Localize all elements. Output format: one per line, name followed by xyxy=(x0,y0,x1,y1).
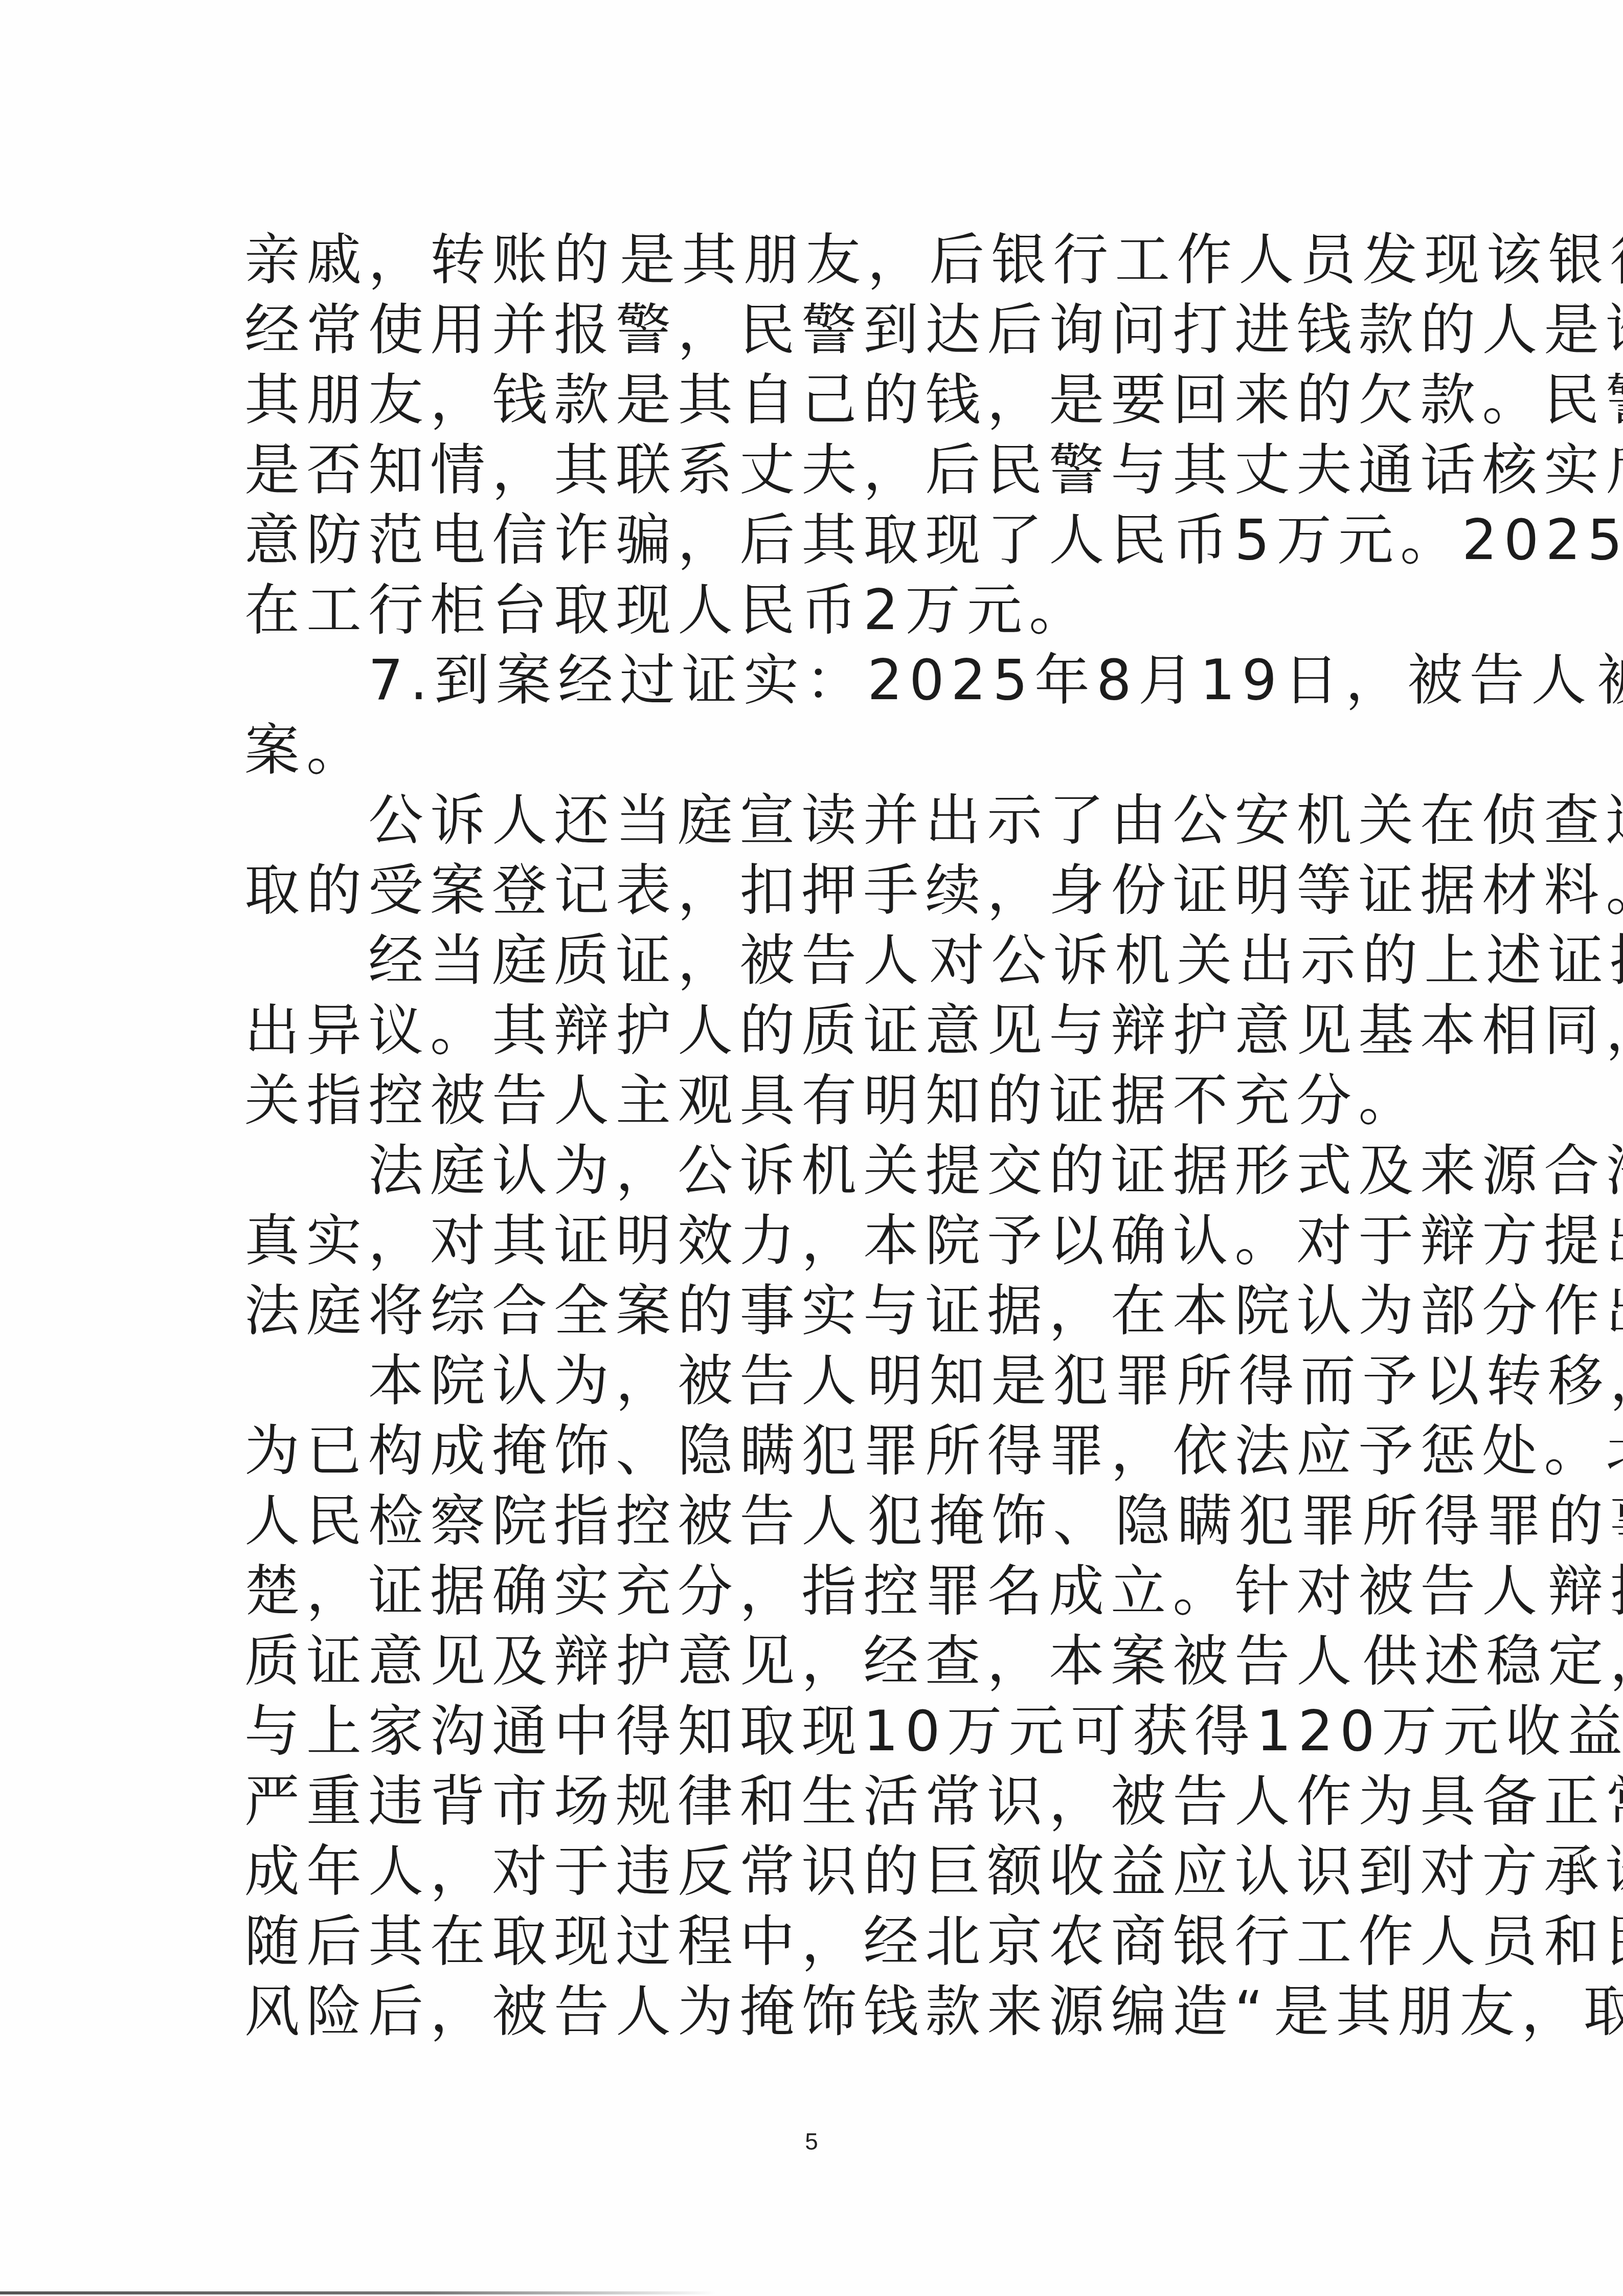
text-char: 朋 xyxy=(743,225,805,295)
text-char: 处 xyxy=(1482,1416,1544,1486)
text-char: 9 xyxy=(1242,645,1284,716)
text-char: 明 xyxy=(1234,856,1296,926)
text-char: 来 xyxy=(1420,1136,1482,1206)
text-char: 庭 xyxy=(492,926,554,996)
text-char: 式 xyxy=(1296,1136,1358,1206)
text-char: ， xyxy=(1610,1626,1623,1697)
text-char: 谁 xyxy=(1606,295,1623,365)
text-char: 机 xyxy=(1115,926,1177,996)
text-char: 到 xyxy=(1358,1837,1420,1907)
text-char: 告 xyxy=(1420,1556,1482,1626)
text-char: 交 xyxy=(987,1136,1049,1206)
text-char: 其 xyxy=(554,435,616,505)
text-char: 其 xyxy=(492,996,554,1066)
text-char: 庭 xyxy=(678,786,739,856)
text-char: 人 xyxy=(1049,505,1111,575)
text-char: 常 xyxy=(925,1767,987,1837)
text-char: 身 xyxy=(1049,856,1111,926)
text-char: 明 xyxy=(616,1206,678,1276)
text-char: 系 xyxy=(678,435,739,505)
text-char: 2 xyxy=(863,575,905,645)
text-char: 话 xyxy=(1420,435,1482,505)
text-char: ： xyxy=(805,645,867,716)
text-char: 真 xyxy=(244,1206,306,1276)
text-char: 本 xyxy=(1420,996,1482,1066)
text-char: 识 xyxy=(801,1837,863,1907)
text-char: 万 xyxy=(947,1697,1009,1767)
text-char: 认 xyxy=(1173,1206,1234,1276)
text-char: ， xyxy=(1345,645,1407,716)
text-char: 益 xyxy=(1111,1837,1173,1907)
text-char: ， xyxy=(739,1556,801,1626)
text-char: 程 xyxy=(678,1907,739,1977)
text-char: 有 xyxy=(801,1066,863,1136)
text-char: 万 xyxy=(1276,505,1338,575)
text-char: 公 xyxy=(991,926,1053,996)
text-char: 取 xyxy=(739,1697,801,1767)
text-char: 察 xyxy=(430,1486,492,1556)
text-char: 形 xyxy=(1234,1136,1296,1206)
text-char: 经 xyxy=(244,295,306,365)
text-char: 质 xyxy=(554,926,616,996)
text-char: 实 xyxy=(554,1556,616,1626)
text-char: 的 xyxy=(987,1066,1049,1136)
text-char: 证 xyxy=(616,926,678,996)
text-char: 人 xyxy=(1296,1626,1358,1697)
text-char: 是 xyxy=(1544,295,1606,365)
text-char: ， xyxy=(368,225,430,295)
text-char: 是 xyxy=(1274,1977,1336,2047)
text-char: 实 xyxy=(1544,435,1606,505)
text-char: 5 xyxy=(1587,505,1623,575)
text-char: 合 xyxy=(492,1276,554,1346)
text-char: 到 xyxy=(863,295,925,365)
text-char: 诺 xyxy=(1606,1837,1623,1907)
text-char: 观 xyxy=(678,1066,739,1136)
text-char: 由 xyxy=(1111,786,1173,856)
text-char: 人 xyxy=(801,1486,863,1556)
text-char: 亲 xyxy=(244,225,306,295)
text-char: ， xyxy=(801,1907,863,1977)
text-char: 合 xyxy=(1544,1136,1606,1206)
text-char: 北 xyxy=(925,1907,987,1977)
text-char: 了 xyxy=(1049,786,1111,856)
text-line: 案。 xyxy=(244,716,1492,786)
text-char: 该 xyxy=(1486,225,1548,295)
text-char: 识 xyxy=(1296,1837,1358,1907)
text-char: 告 xyxy=(1173,1767,1234,1837)
text-char: 证 xyxy=(1111,1136,1173,1206)
text-char: 上 xyxy=(1424,926,1486,996)
text-char: 分 xyxy=(1296,1066,1358,1136)
text-line: 楚，证据确实充分，指控罪名成立。针对被告人辩护人的 xyxy=(244,1556,1492,1626)
text-char: 。 xyxy=(1482,365,1544,435)
text-char: 范 xyxy=(368,505,430,575)
text-char: 机 xyxy=(801,1136,863,1206)
text-char: 同 xyxy=(1544,996,1606,1066)
text-char: 综 xyxy=(430,1276,492,1346)
text-char: 年 xyxy=(1034,645,1096,716)
text-char: 罪 xyxy=(863,1416,925,1486)
text-char: 院 xyxy=(925,1206,987,1276)
text-char: 钱 xyxy=(925,365,987,435)
text-char: ， xyxy=(1111,1416,1173,1486)
text-char: 行 xyxy=(368,575,430,645)
text-char: 民 xyxy=(739,295,801,365)
text-char: 确 xyxy=(1111,1206,1173,1276)
text-char: 示 xyxy=(987,786,1049,856)
text-char: 在 xyxy=(430,1907,492,1977)
text-char: 元 xyxy=(967,575,1029,645)
text-line: 本院认为，被告人明知是犯罪所得而予以转移，其行 xyxy=(244,1346,1492,1416)
text-char: 案 xyxy=(496,645,558,716)
text-char: 相 xyxy=(1482,996,1544,1066)
text-char: ， xyxy=(987,856,1049,926)
text-char: 读 xyxy=(801,786,863,856)
text-char: ， xyxy=(368,1206,430,1276)
text-char: 月 xyxy=(1138,645,1200,716)
text-char: 市 xyxy=(492,1767,554,1837)
text-char: 询 xyxy=(1049,295,1111,365)
text-char: 益 xyxy=(1567,1697,1623,1767)
text-char: 告 xyxy=(739,1486,801,1556)
text-char: 。 xyxy=(1029,575,1091,645)
text-char: 所 xyxy=(925,1416,987,1486)
text-char: 北 xyxy=(1606,1416,1623,1486)
text-char: 出 xyxy=(1238,926,1300,996)
text-char: 承 xyxy=(1544,1837,1606,1907)
text-char: 关 xyxy=(1358,786,1420,856)
text-char: 问 xyxy=(1111,295,1173,365)
text-char: 工 xyxy=(1296,1907,1358,1977)
text-char: 惩 xyxy=(1420,1416,1482,1486)
text-char: 源 xyxy=(1482,1136,1544,1206)
text-char: 辩 xyxy=(1548,1556,1610,1626)
text-char: 得 xyxy=(987,1416,1049,1486)
text-char: 随 xyxy=(244,1907,306,1977)
text-char: 夫 xyxy=(801,435,863,505)
text-char: 议 xyxy=(368,996,430,1066)
text-char: 当 xyxy=(430,926,492,996)
text-char: 朋 xyxy=(1397,1977,1459,2047)
text-char: 辩 xyxy=(1420,1206,1482,1276)
text-char: 提 xyxy=(925,1136,987,1206)
text-char: 分 xyxy=(1482,1276,1544,1346)
document-page: 亲戚，转账的是其朋友，后银行工作人员发现该银行卡未经常使用并报警，民警到达后询问… xyxy=(0,0,1623,2296)
text-char: 款 xyxy=(925,1977,987,2047)
text-char: 成 xyxy=(244,1837,306,1907)
text-line: 亲戚，转账的是其朋友，后银行工作人员发现该银行卡未 xyxy=(244,225,1492,295)
text-char: 核 xyxy=(1482,435,1544,505)
text-char: 对 xyxy=(1296,1556,1358,1626)
text-char: 丈 xyxy=(739,435,801,505)
text-char: 币 xyxy=(1173,505,1234,575)
text-char: 本 xyxy=(863,1206,925,1276)
text-char: 所 xyxy=(1177,1346,1238,1416)
text-char: 2 xyxy=(1298,1697,1340,1767)
text-char: 告 xyxy=(554,1977,616,2047)
text-char: 友 xyxy=(1459,1977,1521,2047)
text-char: 登 xyxy=(492,856,554,926)
text-char: 证 xyxy=(306,1626,368,1697)
text-char: 效 xyxy=(678,1206,739,1276)
text-line: 意防范电信诈骗，后其取现了人民币5万元。2025年7月13日其 xyxy=(244,505,1492,575)
text-char: 意 xyxy=(368,1626,430,1697)
text-char: 得 xyxy=(1424,1486,1486,1556)
text-char: 关 xyxy=(244,1066,306,1136)
text-char: 告 xyxy=(801,926,863,996)
text-char: 案 xyxy=(430,856,492,926)
text-char: 民 xyxy=(1606,1907,1623,1977)
text-char: 取 xyxy=(1583,1977,1623,2047)
text-char: 币 xyxy=(801,575,863,645)
text-char: 以 xyxy=(1424,1346,1486,1416)
text-char: 证 xyxy=(368,1556,430,1626)
text-char: 院 xyxy=(492,1486,554,1556)
text-line: 7.到案经过证实：2025年8月19日，被告人被抓获归 xyxy=(244,645,1492,716)
text-char: 述 xyxy=(1424,1626,1486,1697)
text-char: ， xyxy=(1610,1346,1623,1416)
text-char: 依 xyxy=(1173,1416,1234,1486)
text-char: 取 xyxy=(863,505,925,575)
text-char: 告 xyxy=(1234,1626,1296,1697)
text-char: 知 xyxy=(929,1346,991,1416)
text-char: 人 xyxy=(678,996,739,1066)
text-char: 及 xyxy=(492,1626,554,1697)
text-char: 证 xyxy=(1358,856,1420,926)
text-char: 予 xyxy=(1362,1346,1424,1416)
text-line: 人民检察院指控被告人犯掩饰、隐瞒犯罪所得罪的事实清 xyxy=(244,1486,1492,1556)
text-char: 罪 xyxy=(925,1556,987,1626)
text-char: 源 xyxy=(1049,1977,1111,2047)
text-char: 见 xyxy=(430,1626,492,1697)
text-char: 作 xyxy=(1358,1907,1420,1977)
text-char: 和 xyxy=(739,1767,801,1837)
text-line: 成年人，对于违反常识的巨额收益应认识到对方承诺的不合理性； xyxy=(244,1837,1492,1907)
text-char: 。 xyxy=(1358,1066,1420,1136)
text-char: 为 xyxy=(1358,1276,1420,1346)
text-char: 巨 xyxy=(925,1837,987,1907)
text-char: 的 xyxy=(739,996,801,1066)
text-char: 为 xyxy=(554,1136,616,1206)
text-char: 意 xyxy=(678,1626,739,1697)
text-char: 案 xyxy=(1111,1626,1173,1697)
text-line: 在工行柜台取现人民币2万元。 xyxy=(244,575,1492,645)
text-char: 1 xyxy=(863,1697,905,1767)
text-char: 行 xyxy=(1610,225,1623,295)
text-char: 材 xyxy=(1482,856,1544,926)
text-char: 其 xyxy=(244,365,306,435)
text-char: 诈 xyxy=(554,505,616,575)
text-char: 其 xyxy=(368,1907,430,1977)
text-char: 控 xyxy=(863,1556,925,1626)
text-char: 具 xyxy=(739,1066,801,1136)
text-char: 钱 xyxy=(492,365,554,435)
text-char: 1 xyxy=(1256,1697,1298,1767)
text-char: 可 xyxy=(1071,1697,1133,1767)
text-char: 法 xyxy=(368,1136,430,1206)
text-line: 真实，对其证明效力，本院予以确认。对于辩方提出的质证意见， xyxy=(244,1206,1492,1276)
text-char: 被 xyxy=(492,1977,554,2047)
text-char: 回 xyxy=(1173,365,1234,435)
text-char: 取 xyxy=(554,575,616,645)
text-char: 报 xyxy=(554,295,616,365)
text-char: 诉 xyxy=(739,1136,801,1206)
text-char: 掩 xyxy=(739,1977,801,2047)
text-char: 辩 xyxy=(554,996,616,1066)
text-line: 风险后，被告人为掩饰钱款来源编造“是其朋友，取现借 xyxy=(244,1977,1492,2047)
text-char: 的 xyxy=(1420,295,1482,365)
text-char: 行 xyxy=(1053,225,1115,295)
text-char: 人 xyxy=(863,926,925,996)
text-char: 中 xyxy=(739,1907,801,1977)
text-char: 罪 xyxy=(1115,1346,1177,1416)
text-char: 电 xyxy=(430,505,492,575)
text-char: 背 xyxy=(430,1767,492,1837)
text-char: 违 xyxy=(368,1767,430,1837)
text-char: 农 xyxy=(1049,1907,1111,1977)
text-char: 予 xyxy=(987,1206,1049,1276)
text-char: 现 xyxy=(1424,225,1486,295)
text-line: 为已构成掩饰、隐瞒犯罪所得罪，依法应予惩处。北京市海淀区 xyxy=(244,1416,1492,1486)
text-char: 护 xyxy=(616,1626,678,1697)
text-line: 严重违背市场规律和生活常识，被告人作为具备正常认知能力的 xyxy=(244,1767,1492,1837)
text-char: 款 xyxy=(554,365,616,435)
text-char: 其 xyxy=(1173,435,1234,505)
text-char: 得 xyxy=(616,1697,678,1767)
text-char: 人 xyxy=(554,1066,616,1136)
text-char: 友 xyxy=(368,365,430,435)
text-char: 控 xyxy=(616,1486,678,1556)
text-char: 证 xyxy=(554,1206,616,1276)
text-char: 分 xyxy=(678,1556,739,1626)
text-char: 被 xyxy=(1358,1556,1420,1626)
text-char: 2 xyxy=(867,645,909,716)
text-char: 到 xyxy=(434,645,496,716)
text-char: 己 xyxy=(801,365,863,435)
text-char: 明 xyxy=(863,1066,925,1136)
text-char: 确 xyxy=(492,1556,554,1626)
text-char: 充 xyxy=(616,1556,678,1626)
text-char: 取 xyxy=(492,1907,554,1977)
text-char: 中 xyxy=(554,1697,616,1767)
text-char: ， xyxy=(1606,996,1623,1066)
text-char: 立 xyxy=(1111,1556,1173,1626)
text-line: 质证意见及辩护意见，经查，本案被告人供述稳定，其在 xyxy=(244,1626,1492,1697)
text-char: 认 xyxy=(1296,1276,1358,1346)
scan-edge-line xyxy=(0,2291,716,2294)
text-char: ， xyxy=(678,926,739,996)
text-char: 被 xyxy=(1173,1626,1234,1697)
text-char: 为 xyxy=(678,1977,739,2047)
text-char: 犯 xyxy=(1238,1486,1300,1556)
text-char: 押 xyxy=(801,856,863,926)
text-char: ， xyxy=(492,435,554,505)
text-char: 意 xyxy=(244,505,306,575)
text-char: 万 xyxy=(1382,1697,1444,1767)
text-char: 获 xyxy=(1133,1697,1194,1767)
text-char: 用 xyxy=(430,295,492,365)
text-char: 得 xyxy=(1194,1697,1256,1767)
text-char: 予 xyxy=(1358,1416,1420,1486)
text-char: 得 xyxy=(1238,1346,1300,1416)
text-char: 台 xyxy=(492,575,554,645)
text-char: 辩 xyxy=(554,1626,616,1697)
text-line: 与上家沟通中得知取现10万元可获得120万元收益，该收益比例 xyxy=(244,1697,1492,1767)
text-char: 8 xyxy=(1096,645,1138,716)
text-char: 银 xyxy=(991,225,1053,295)
text-char: 民 xyxy=(987,435,1049,505)
text-char: 要 xyxy=(1111,365,1173,435)
text-char: 于 xyxy=(554,1837,616,1907)
text-char: 夫 xyxy=(1296,435,1358,505)
text-char: 机 xyxy=(1296,786,1358,856)
text-char: 联 xyxy=(616,435,678,505)
text-char: 常 xyxy=(306,295,368,365)
text-char: 犯 xyxy=(1053,1346,1115,1416)
text-char: 为 xyxy=(244,1416,306,1486)
text-char: 罪 xyxy=(1300,1486,1362,1556)
text-char: 应 xyxy=(1173,1837,1234,1907)
text-char: 反 xyxy=(678,1837,739,1907)
text-char: 识 xyxy=(987,1767,1049,1837)
text-char: 证 xyxy=(1049,1066,1111,1136)
text-char: ， xyxy=(616,1346,678,1416)
text-char: 信 xyxy=(492,505,554,575)
text-char: 正 xyxy=(1544,1767,1606,1837)
text-char: 的 xyxy=(678,1276,739,1346)
text-char: 被 xyxy=(1407,645,1469,716)
text-char: 本 xyxy=(1173,1276,1234,1346)
text-char: 违 xyxy=(616,1837,678,1907)
text-char: 2 xyxy=(951,645,993,716)
text-char: 作 xyxy=(1296,1767,1358,1837)
text-char: 庭 xyxy=(306,1276,368,1346)
text-char: 戚 xyxy=(306,225,368,295)
text-char: 并 xyxy=(863,786,925,856)
text-char: 法 xyxy=(244,1276,306,1346)
text-char: 对 xyxy=(492,1837,554,1907)
text-char: 护 xyxy=(1173,996,1234,1066)
text-char: 通 xyxy=(1358,435,1420,505)
text-char: 严 xyxy=(244,1767,306,1837)
text-char: 常 xyxy=(739,1837,801,1907)
text-char: 明 xyxy=(867,1346,929,1416)
text-char: 打 xyxy=(1173,295,1234,365)
text-line: 取的受案登记表，扣押手续，身份证明等证据材料。 xyxy=(244,856,1492,926)
text-char: 将 xyxy=(368,1276,430,1346)
text-char: 据 xyxy=(987,1276,1049,1346)
text-char: 部 xyxy=(1420,1276,1482,1346)
text-char: 构 xyxy=(368,1416,430,1486)
text-char: 院 xyxy=(1234,1276,1296,1346)
text-char: 意 xyxy=(1234,996,1296,1066)
text-char: 所 xyxy=(1362,1486,1424,1556)
text-char: 罪 xyxy=(1049,1416,1111,1486)
text-char: 证 xyxy=(863,996,925,1066)
text-char: 院 xyxy=(430,1346,492,1416)
text-char: 人 xyxy=(1238,225,1300,295)
text-char: 与 xyxy=(244,1697,306,1767)
text-char: 年 xyxy=(306,1837,368,1907)
text-char: 人 xyxy=(1234,1767,1296,1837)
text-char: 与 xyxy=(1049,996,1111,1066)
text-char: 后 xyxy=(1606,435,1623,505)
text-char: 认 xyxy=(492,1346,554,1416)
text-char: 。 xyxy=(1234,1206,1296,1276)
text-char: 柜 xyxy=(430,575,492,645)
text-char: 上 xyxy=(306,1697,368,1767)
